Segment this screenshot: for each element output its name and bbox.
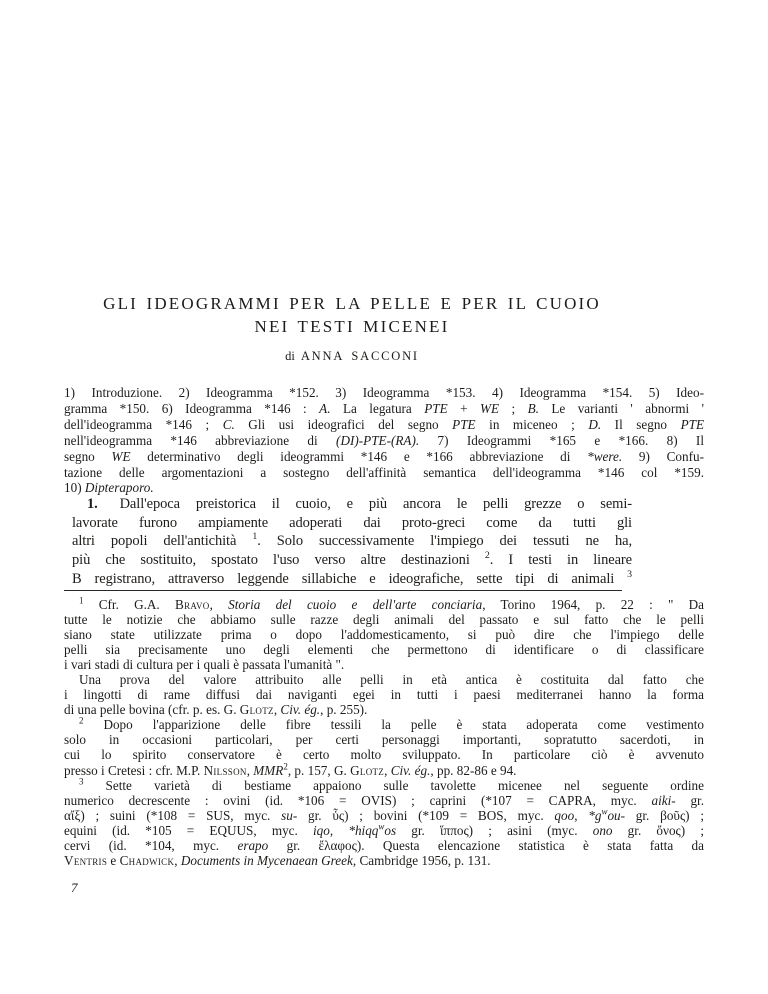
text-segment: di una pelle bovina (cfr. p. es. G. bbox=[64, 702, 240, 717]
text-segment: dell'ideogramma *146 ; bbox=[64, 417, 223, 432]
text-segment: gramma *150. 6) Ideogramma *146 : bbox=[64, 401, 319, 416]
text-segment: Civ. ég. bbox=[391, 763, 431, 778]
text-line: nell'ideogramma *146 abbreviazione di (D… bbox=[64, 433, 704, 449]
document-page: GLI IDEOGRAMMI PER LA PELLE E PER IL CUO… bbox=[0, 0, 768, 994]
text-segment: WE bbox=[111, 449, 130, 464]
text-line: più che sostituito, spostato l'uso verso… bbox=[72, 551, 632, 570]
text-segment: ; bbox=[499, 401, 528, 416]
text-segment: B registrano, attraverso leggende sillab… bbox=[72, 571, 627, 587]
text-segment: , Torino 1964, p. 22 : " Da bbox=[482, 597, 704, 612]
text-line: tazione delle argomentazioni a sostegno … bbox=[64, 465, 704, 481]
text-segment: tutte le notizie che abbiamo sulle razze… bbox=[64, 612, 704, 627]
text-segment: Bravo bbox=[175, 597, 210, 612]
text-segment: D. bbox=[588, 417, 601, 432]
text-segment: nell'ideogramma *146 abbreviazione di bbox=[64, 433, 336, 448]
text-segment: Dall'epoca preistorica il cuoio, e più a… bbox=[104, 496, 632, 512]
text-segment: gr. ὄνος) ; bbox=[613, 823, 705, 838]
text-line: i lingotti di rame diffusi dai naviganti… bbox=[64, 687, 704, 702]
text-segment: equini (id. *105 = EQUUS, myc. bbox=[64, 823, 313, 838]
text-segment: Ventris bbox=[64, 853, 107, 868]
text-segment: i vari stadi di cultura per i quali è pa… bbox=[64, 657, 344, 672]
text-segment: lavorate furono ampiamente adoperati dai… bbox=[72, 515, 632, 531]
text-line: altri popoli dell'antichità 1. Solo succ… bbox=[72, 532, 632, 551]
text-line: i vari stadi di cultura per i quali è pa… bbox=[64, 657, 704, 672]
footnotes-block: 1 Cfr. G.A. Bravo, Storia del cuoio e de… bbox=[64, 597, 704, 868]
text-segment: su- bbox=[281, 808, 297, 823]
text-segment: Nilsson bbox=[204, 763, 247, 778]
text-segment: WE bbox=[480, 401, 499, 416]
text-segment: numerico decrescente : ovini (id. *106 =… bbox=[64, 793, 652, 808]
text-segment: (DI)-PTE-(RA). bbox=[336, 433, 419, 448]
text-segment: determinativo degli ideogrammi *146 e *1… bbox=[131, 449, 588, 464]
text-segment: ou- bbox=[607, 808, 625, 823]
text-segment: , bbox=[210, 597, 229, 612]
text-segment: cervi (id. *104, myc. bbox=[64, 838, 237, 853]
text-segment: solo in occasioni particolari, per certi… bbox=[64, 732, 704, 747]
text-segment: *g bbox=[588, 808, 601, 823]
text-segment: Storia del cuoio e dell'arte conciaria bbox=[228, 597, 482, 612]
text-segment: , p. 157, G. bbox=[288, 763, 350, 778]
text-segment: ono bbox=[593, 823, 613, 838]
text-segment: segno bbox=[64, 449, 111, 464]
text-segment: gr. bbox=[676, 793, 704, 808]
text-line: cervi (id. *104, myc. erapo gr. ἔλαφος).… bbox=[64, 838, 704, 853]
text-segment: iqo bbox=[313, 823, 330, 838]
text-segment: Le varianti ' abnormi ' bbox=[539, 401, 704, 416]
text-segment: La legatura bbox=[331, 401, 425, 416]
text-segment: Dipteraporo. bbox=[85, 480, 154, 495]
text-line: 2 Dopo l'apparizione delle fibre tessili… bbox=[64, 717, 704, 732]
article-title-line1: GLI IDEOGRAMMI PER LA PELLE E PER IL CUO… bbox=[72, 292, 632, 315]
text-segment: , bbox=[574, 808, 588, 823]
text-segment: siano state utilizzate prima o dopo l'ad… bbox=[64, 627, 704, 642]
text-segment: aiki- bbox=[652, 793, 676, 808]
summary-paragraph: 1) Introduzione. 2) Ideogramma *152. 3) … bbox=[64, 385, 704, 496]
text-segment: Sette varietà di bestiame appaiono sulle… bbox=[83, 778, 704, 793]
text-line: di una pelle bovina (cfr. p. es. G. Glot… bbox=[64, 702, 704, 717]
text-line: Ventris e Chadwick, Documents in Mycenae… bbox=[64, 853, 704, 868]
text-segment: Documents in Mycenaean Greek bbox=[181, 853, 353, 868]
article-title-line2: NEI TESTI MICENEI bbox=[72, 315, 632, 338]
text-segment: Glotz bbox=[350, 763, 384, 778]
text-segment: PTE bbox=[681, 417, 704, 432]
text-segment: Glotz bbox=[240, 702, 274, 717]
text-line: tutte le notizie che abbiamo sulle razze… bbox=[64, 612, 704, 627]
text-line: pelli sia precisamente uno degli element… bbox=[64, 642, 704, 657]
text-segment: 9) Confu- bbox=[622, 449, 704, 464]
text-segment: 1. bbox=[87, 496, 98, 512]
text-segment: gr. ἔλαφος). Questa elencazione statisti… bbox=[268, 838, 704, 853]
text-segment: gr. βοῦς) ; bbox=[625, 808, 704, 823]
text-segment: e bbox=[107, 853, 119, 868]
text-segment: pelli sia precisamente uno degli element… bbox=[64, 642, 704, 657]
text-segment: gr. ὗς) ; bovini (*109 = BOS, myc. bbox=[297, 808, 554, 823]
text-segment: , bbox=[174, 853, 181, 868]
text-line: 3 Sette varietà di bestiame appaiono sul… bbox=[64, 778, 704, 793]
text-segment: 10) bbox=[64, 480, 85, 495]
text-line: 10) Dipteraporo. bbox=[64, 480, 704, 496]
text-segment: αἴξ) ; suini (*108 = SUS, myc. bbox=[64, 808, 281, 823]
text-line: lavorate furono ampiamente adoperati dai… bbox=[72, 514, 632, 533]
text-segment: cui lo spirito conservatore è certo molt… bbox=[64, 747, 704, 762]
text-segment: gr. ἵππος) ; asini (myc. bbox=[396, 823, 593, 838]
text-segment: C. bbox=[223, 417, 235, 432]
text-segment: i lingotti di rame diffusi dai naviganti… bbox=[64, 687, 704, 702]
text-line: 1 Cfr. G.A. Bravo, Storia del cuoio e de… bbox=[64, 597, 704, 612]
text-segment: PTE bbox=[424, 401, 447, 416]
text-segment: 3 bbox=[627, 569, 632, 580]
text-segment: . I testi in lineare bbox=[490, 552, 632, 568]
text-segment: MMR bbox=[253, 763, 283, 778]
byline: diANNA SACCONI bbox=[72, 349, 632, 364]
text-segment: , Cambridge 1956, p. 131. bbox=[353, 853, 491, 868]
text-segment: Gli usi ideografici del segno bbox=[235, 417, 452, 432]
text-line: equini (id. *105 = EQUUS, myc. iqo, *hiq… bbox=[64, 823, 704, 838]
text-segment: Il segno bbox=[601, 417, 680, 432]
text-segment: Cfr. G.A. bbox=[83, 597, 174, 612]
text-segment: , bbox=[384, 763, 391, 778]
text-segment: tazione delle argomentazioni a sostegno … bbox=[64, 465, 704, 480]
text-line: numerico decrescente : ovini (id. *106 =… bbox=[64, 793, 704, 808]
body-paragraph: 1. Dall'epoca preistorica il cuoio, e pi… bbox=[72, 495, 632, 589]
text-segment: , p. 255). bbox=[320, 702, 367, 717]
text-segment: , bbox=[330, 823, 348, 838]
footnote-separator bbox=[64, 590, 622, 591]
page-number: 7 bbox=[71, 880, 78, 896]
text-segment: *were. bbox=[587, 449, 622, 464]
text-line: 1. Dall'epoca preistorica il cuoio, e pi… bbox=[72, 495, 632, 514]
text-segment: + bbox=[448, 401, 480, 416]
text-line: siano state utilizzate prima o dopo l'ad… bbox=[64, 627, 704, 642]
text-line: dell'ideogramma *146 ; C. Gli usi ideogr… bbox=[64, 417, 704, 433]
text-segment: presso i Cretesi : cfr. M.P. bbox=[64, 763, 204, 778]
text-segment: in miceneo ; bbox=[476, 417, 589, 432]
text-segment: qoo bbox=[554, 808, 574, 823]
article-title: GLI IDEOGRAMMI PER LA PELLE E PER IL CUO… bbox=[72, 292, 632, 338]
text-segment: A. bbox=[319, 401, 330, 416]
text-segment: 7) Ideogrammi *165 e *166. 8) Il bbox=[419, 433, 704, 448]
text-segment: Chadwick bbox=[120, 853, 175, 868]
text-line: gramma *150. 6) Ideogramma *146 : A. La … bbox=[64, 401, 704, 417]
text-segment: os bbox=[384, 823, 396, 838]
text-segment: erapo bbox=[237, 838, 268, 853]
text-segment: 1) Introduzione. 2) Ideogramma *152. 3) … bbox=[64, 385, 704, 400]
text-segment: *hiqq bbox=[348, 823, 378, 838]
text-line: 1) Introduzione. 2) Ideogramma *152. 3) … bbox=[64, 385, 704, 401]
text-segment: PTE bbox=[452, 417, 475, 432]
text-segment: Civ. ég. bbox=[280, 702, 320, 717]
text-segment: Dopo l'apparizione delle fibre tessili l… bbox=[83, 717, 704, 732]
text-line: segno WE determinativo degli ideogrammi … bbox=[64, 449, 704, 465]
text-segment: . Solo successivamente l'impiego dei tes… bbox=[257, 533, 632, 549]
text-segment: altri popoli dell'antichità bbox=[72, 533, 252, 549]
text-segment: Una prova del valore attribuito alle pel… bbox=[79, 672, 704, 687]
text-segment: più che sostituito, spostato l'uso verso… bbox=[72, 552, 485, 568]
text-line: Una prova del valore attribuito alle pel… bbox=[64, 672, 704, 687]
byline-prefix: di bbox=[285, 349, 295, 363]
text-line: solo in occasioni particolari, per certi… bbox=[64, 732, 704, 747]
text-segment: B. bbox=[528, 401, 539, 416]
text-line: presso i Cretesi : cfr. M.P. Nilsson, MM… bbox=[64, 763, 704, 778]
text-line: cui lo spirito conservatore è certo molt… bbox=[64, 747, 704, 762]
text-line: B registrano, attraverso leggende sillab… bbox=[72, 570, 632, 589]
byline-author: ANNA SACCONI bbox=[301, 349, 419, 363]
text-segment: , pp. 82-86 e 94. bbox=[430, 763, 516, 778]
